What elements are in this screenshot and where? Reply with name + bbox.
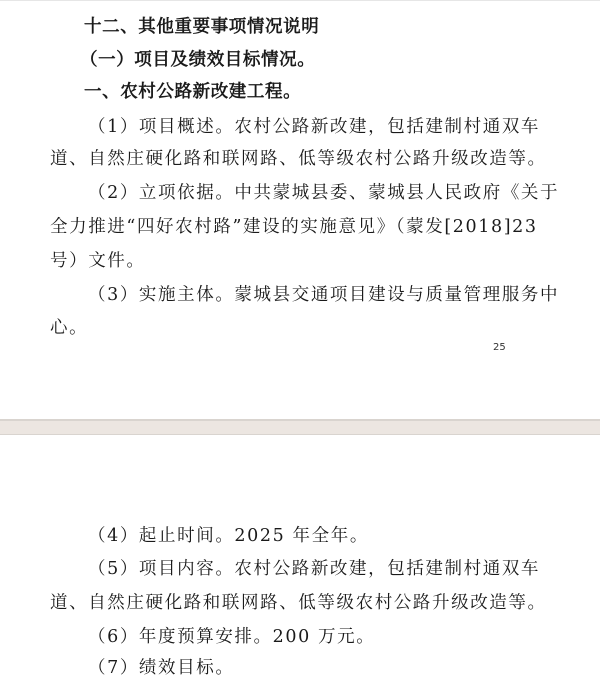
paragraph-4-line-1: （4）起止时间。2025 年全年。 — [88, 525, 558, 547]
paragraph-5-line-1: （5）项目内容。农村公路新改建，包括建制村通双车 — [88, 558, 558, 580]
paragraph-1-line-1: （1）项目概述。农村公路新改建，包括建制村通双车 — [88, 116, 558, 138]
paragraph-1-line-2: 道、自然庄硬化路和联网路、低等级农村公路升级改造等。 — [50, 148, 520, 170]
project-heading: 一、农村公路新改建工程。 — [84, 81, 554, 103]
document-page-25: 十二、其他重要事项情况说明 （一）项目及绩效目标情况。 一、农村公路新改建工程。… — [0, 0, 600, 419]
section-heading-12: 十二、其他重要事项情况说明 — [84, 16, 554, 38]
document-page-26: （4）起止时间。2025 年全年。 （5）项目内容。农村公路新改建，包括建制村通… — [0, 435, 600, 680]
paragraph-2-line-2: 全力推进“四好农村路”建设的实施意见》（蒙发[2018]23 — [50, 216, 520, 238]
paragraph-7-line-1: （7）绩效目标。 — [88, 657, 558, 679]
paragraph-3-line-1: （3）实施主体。蒙城县交通项目建设与质量管理服务中 — [88, 284, 558, 306]
page-number: 25 — [493, 342, 506, 353]
paragraph-6-line-1: （6）年度预算安排。200 万元。 — [88, 626, 558, 648]
paragraph-2-line-1: （2）立项依据。中共蒙城县委、蒙城县人民政府《关于 — [88, 182, 558, 204]
paragraph-5-line-2: 道、自然庄硬化路和联网路、低等级农村公路升级改造等。 — [50, 592, 520, 614]
subsection-heading-1: （一）项目及绩效目标情况。 — [80, 49, 550, 71]
paragraph-3-line-2: 心。 — [50, 317, 520, 339]
paragraph-2-line-3: 号）文件。 — [50, 250, 520, 272]
page-separator — [0, 419, 600, 435]
